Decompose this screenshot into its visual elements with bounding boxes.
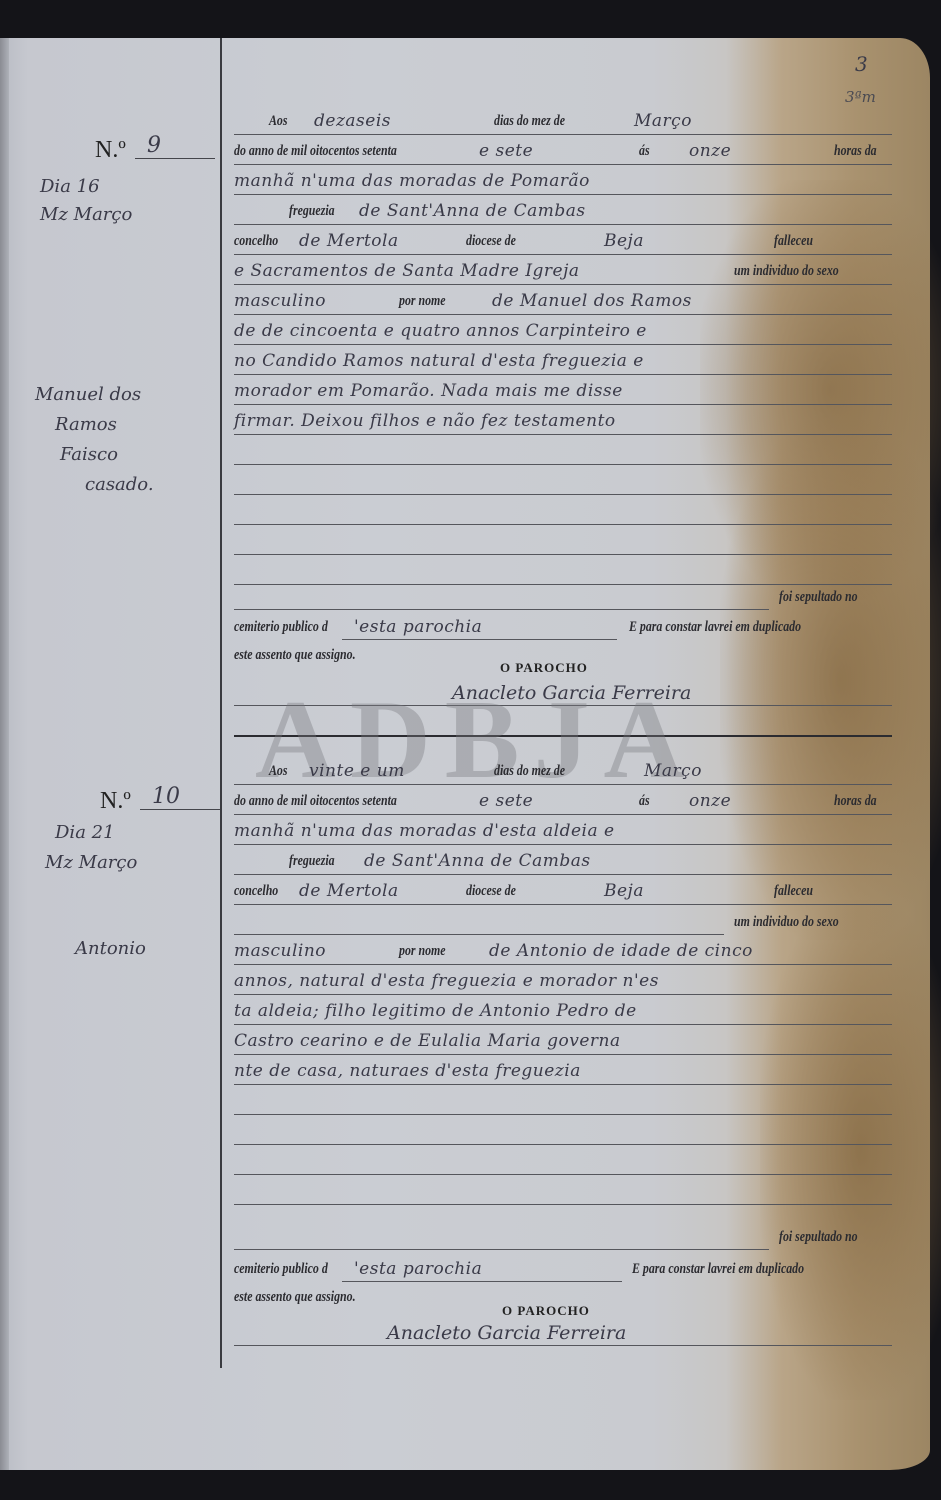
label-diocese: diocese de [466,883,516,900]
blank-line [234,465,892,495]
body-line: Castro cearino e de Eulalia Maria govern… [234,1025,892,1055]
line-date: Aos vinte e um dias do mez de Março [234,755,892,785]
label-por-nome: por nome [399,943,446,960]
label-horas-da: horas da [834,793,877,810]
body-line: firmar. Deixou filhos e não fez testamen… [234,405,892,435]
margin-deceased-name: Ramos [55,414,117,435]
line-cemiterio: cemiterio publico d 'esta parochia E par… [234,610,892,640]
value-place: manhã n'uma das moradas d'esta aldeia e [234,821,615,841]
body-line: ta aldeia; filho legitimo de Antonio Ped… [234,995,892,1025]
death-record-entry-10: Aos vinte e um dias do mez de Março do a… [222,755,892,1355]
entry-separator [234,735,892,737]
value-month: Março [644,761,702,781]
margin-date-day: Dia 21 [55,822,115,843]
value-cemiterio: 'esta parochia [354,617,482,637]
blank-line [234,525,892,555]
entry-number-value: 9 [135,133,215,159]
signature-line [234,705,892,706]
label-falleceu: falleceu [774,883,813,900]
body-text: Castro cearino e de Eulalia Maria govern… [234,1031,621,1051]
value-year: e sete [479,141,533,161]
body-text: ta aldeia; filho legitimo de Antonio Ped… [234,1001,637,1021]
entry-number-label: N.º [100,788,131,815]
parocho-signature: Anacleto Garcia Ferreira [387,1322,626,1344]
body-text: annos, natural d'esta freguezia e morado… [234,971,659,991]
label-freguezia: freguezia [289,853,335,870]
value-year: e sete [479,791,533,811]
value-sexo: masculino [234,291,326,311]
label-freguezia: freguezia [289,203,335,220]
label-aos: Aos [269,113,288,130]
value-diocese: Beja [604,231,644,251]
label-as: ás [639,143,650,160]
margin-deceased-name: Antonio [75,938,146,959]
body-line: morador em Pomarão. Nada mais me disse [234,375,892,405]
blank-line [234,1085,892,1115]
label-foi-sepultado: foi sepultado no [779,589,858,606]
label-dias-do-mez: dias do mez de [494,763,565,780]
line-year-hour: do anno de mil oitocentos setenta e sete… [234,135,892,165]
line-place: manhã n'uma das moradas d'esta aldeia e [234,815,892,845]
blank-line [234,1175,892,1205]
label-concelho: concelho [234,233,278,250]
label-para-constar: E para constar lavrei em duplicado [632,1261,804,1278]
body-line: no Candido Ramos natural d'esta freguezi… [234,345,892,375]
body-text: firmar. Deixou filhos e não fez testamen… [234,411,616,431]
line-sexo-nome: masculino por nome de Antonio de idade d… [234,935,892,965]
line-freguezia: freguezia de Sant'Anna de Cambas [234,845,892,875]
value-nome: de Antonio de idade de cinco [489,941,753,961]
line-date: Aos dezaseis dias do mez de Março [234,105,892,135]
blank-line [234,495,892,525]
label-anno: do anno de mil oitocentos setenta [234,793,397,810]
margin-deceased-name: Manuel dos [35,384,141,405]
body-line: annos, natural d'esta freguezia e morado… [234,965,892,995]
label-assento: este assento que assigno. [234,647,356,664]
value-concelho: de Mertola [299,231,399,251]
value-nome: de Manuel dos Ramos [492,291,692,311]
line-sepultado: foi sepultado no [234,580,892,610]
line-concelho: concelho de Mertola diocese de Beja fall… [234,225,892,255]
blank [234,1249,769,1250]
label-aos: Aos [269,763,288,780]
blank-line [234,1115,892,1145]
value-freguezia: de Sant'Anna de Cambas [359,201,586,221]
label-anno: do anno de mil oitocentos setenta [234,143,397,160]
label-dias-do-mez: dias do mez de [494,113,565,130]
line-sacramentos: e Sacramentos de Santa Madre Igreja um i… [234,255,892,285]
label-concelho: concelho [234,883,278,900]
margin-date-month: Mz Março [45,852,137,873]
entry-number-value: 10 [140,784,220,810]
value-cemiterio: 'esta parochia [354,1259,482,1279]
blank-line [234,435,892,465]
parocho-heading: O PAROCHO [500,660,588,676]
parocho-signature: Anacleto Garcia Ferreira [452,682,691,704]
signature-line [234,1345,892,1346]
line-cemiterio: cemiterio publico d 'esta parochia E par… [234,1252,892,1282]
entry-number-label: N.º [95,137,126,164]
value-diocese: Beja [604,881,644,901]
page-number: 3 [855,52,868,76]
value-hour: onze [689,141,731,161]
page-binding-edge [0,38,9,1470]
label-individuo: um individuo do sexo [734,914,839,931]
blank-line [234,1145,892,1175]
value-day: vinte e um [309,761,405,781]
label-cemiterio: cemiterio publico d [234,619,328,636]
value-sexo: masculino [234,941,326,961]
label-cemiterio: cemiterio publico d [234,1261,328,1278]
label-foi-sepultado: foi sepultado no [779,1229,858,1246]
body-text: no Candido Ramos natural d'esta freguezi… [234,351,644,371]
line-year-hour: do anno de mil oitocentos setenta e sete… [234,785,892,815]
value-sacramentos: e Sacramentos de Santa Madre Igreja [234,261,580,281]
line-sexo-nome: masculino por nome de Manuel dos Ramos [234,285,892,315]
body-line: de de cincoenta e quatro annos Carpintei… [234,315,892,345]
body-line: nte de casa, naturaes d'esta freguezia [234,1055,892,1085]
value-month: Março [634,111,692,131]
label-individuo: um individuo do sexo [734,263,839,280]
line-sepultado: foi sepultado no [234,1220,892,1250]
value-concelho: de Mertola [299,881,399,901]
margin-date-month: Mz Março [40,204,132,225]
line-freguezia: freguezia de Sant'Anna de Cambas [234,195,892,225]
value-day: dezaseis [314,111,391,131]
line-sacramentos: um individuo do sexo [234,905,892,935]
body-text: de de cincoenta e quatro annos Carpintei… [234,321,647,341]
label-assento: este assento que assigno. [234,1289,356,1306]
label-diocese: diocese de [466,233,516,250]
label-falleceu: falleceu [774,233,813,250]
body-text: morador em Pomarão. Nada mais me disse [234,381,623,401]
corner-note: 3ªm [845,88,876,106]
body-text: nte de casa, naturaes d'esta freguezia [234,1061,581,1081]
value-hour: onze [689,791,731,811]
label-as: ás [639,793,650,810]
label-para-constar: E para constar lavrei em duplicado [629,619,801,636]
margin-date-day: Dia 16 [40,176,100,197]
margin-deceased-name: Faisco [60,444,118,465]
value-freguezia: de Sant'Anna de Cambas [364,851,591,871]
label-por-nome: por nome [399,293,446,310]
value-place: manhã n'uma das moradas de Pomarão [234,171,590,191]
death-record-entry-9: Aos dezaseis dias do mez de Março do ann… [222,105,892,705]
margin-marital-status: casado. [85,474,154,495]
line-concelho: concelho de Mertola diocese de Beja fall… [234,875,892,905]
line-place: manhã n'uma das moradas de Pomarão [234,165,892,195]
parocho-heading: O PAROCHO [502,1303,590,1319]
label-horas-da: horas da [834,143,877,160]
